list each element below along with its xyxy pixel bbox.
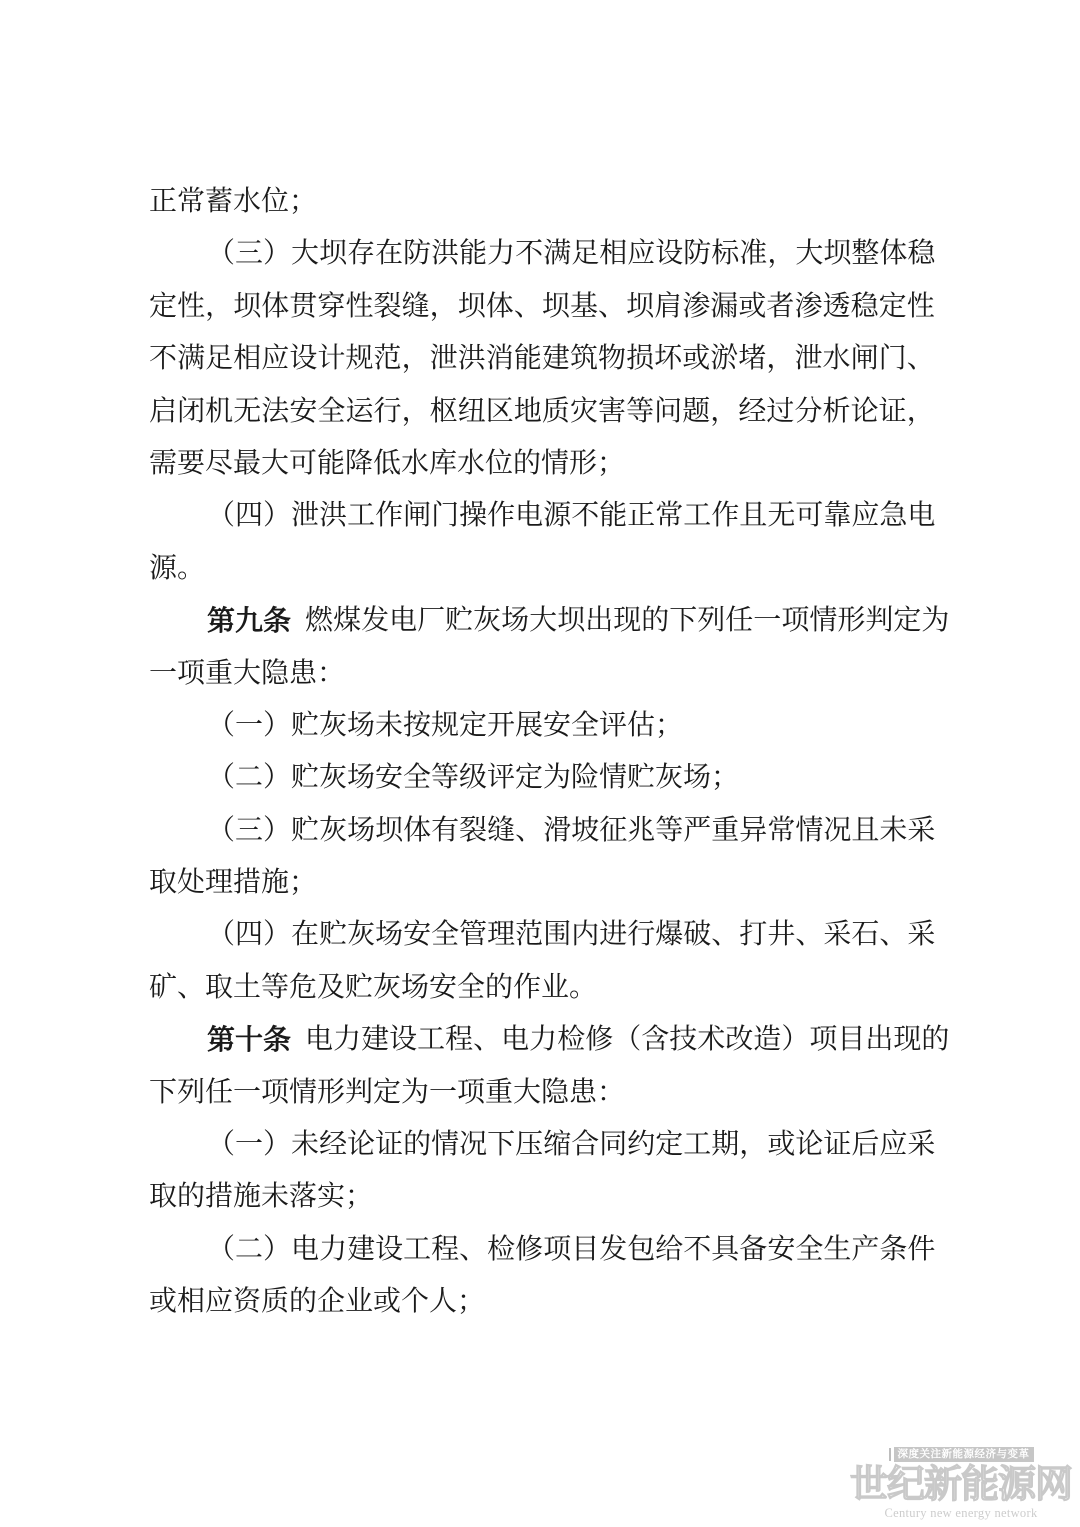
watermark-brand-logo: 世纪新能源网 <box>848 1465 1074 1505</box>
text-line: （四）泄洪工作闸门操作电源不能正常工作且无可靠应急电 <box>149 490 935 542</box>
watermark-tagline: 深度关注新能源经济与变革 <box>894 1447 1034 1462</box>
watermark-divider-bar <box>889 1448 891 1461</box>
watermark: 深度关注新能源经济与变革 世纪新能源网 Century new energy n… <box>848 1446 1074 1520</box>
text-line: 需要尽最大可能降低水库水位的情形； <box>149 438 935 490</box>
text-line: 取处理措施； <box>149 857 935 909</box>
text-line: （三）大坝存在防洪能力不满足相应设防标准，大坝整体稳 <box>149 228 935 280</box>
text-line: 正常蓄水位； <box>149 176 935 228</box>
watermark-subtitle: Century new energy network <box>848 1506 1074 1520</box>
text-line: （四）在贮灰场安全管理范围内进行爆破、打井、采石、采 <box>149 909 935 961</box>
text-line: 下列任一项情形判定为一项重大隐患： <box>149 1067 935 1119</box>
text-line: 一项重大隐患： <box>149 648 935 700</box>
text-line: 取的措施未落实； <box>149 1171 935 1223</box>
text-line: 启闭机无法安全运行，枢纽区地质灾害等问题，经过分析论证， <box>149 386 935 438</box>
text-line: （一）贮灰场未按规定开展安全评估； <box>149 700 935 752</box>
text-line: 第十条 电力建设工程、电力检修（含技术改造）项目出现的 <box>149 1014 935 1066</box>
text-line: （三）贮灰场坝体有裂缝、滑坡征兆等严重异常情况且未采 <box>149 805 935 857</box>
text-line: 或相应资质的企业或个人； <box>149 1276 935 1328</box>
text-line: 不满足相应设计规范，泄洪消能建筑物损坏或淤堵，泄水闸门、 <box>149 333 935 385</box>
text-line: （二）贮灰场安全等级评定为险情贮灰场； <box>149 752 935 804</box>
watermark-tagline-box: 深度关注新能源经济与变革 <box>848 1446 1074 1463</box>
text-line: 第九条 燃煤发电厂贮灰场大坝出现的下列任一项情形判定为 <box>149 595 935 647</box>
text-line: 矿、取土等危及贮灰场安全的作业。 <box>149 962 935 1014</box>
text-line: （二）电力建设工程、检修项目发包给不具备安全生产条件 <box>149 1224 935 1276</box>
document-page: 正常蓄水位；（三）大坝存在防洪能力不满足相应设防标准，大坝整体稳定性，坝体贯穿性… <box>0 0 1080 1527</box>
text-line: （一）未经论证的情况下压缩合同约定工期，或论证后应采 <box>149 1119 935 1171</box>
text-line: 源。 <box>149 543 935 595</box>
legal-text-body: 正常蓄水位；（三）大坝存在防洪能力不满足相应设防标准，大坝整体稳定性，坝体贯穿性… <box>149 176 935 1329</box>
text-line: 定性，坝体贯穿性裂缝，坝体、坝基、坝肩渗漏或者渗透稳定性 <box>149 281 935 333</box>
